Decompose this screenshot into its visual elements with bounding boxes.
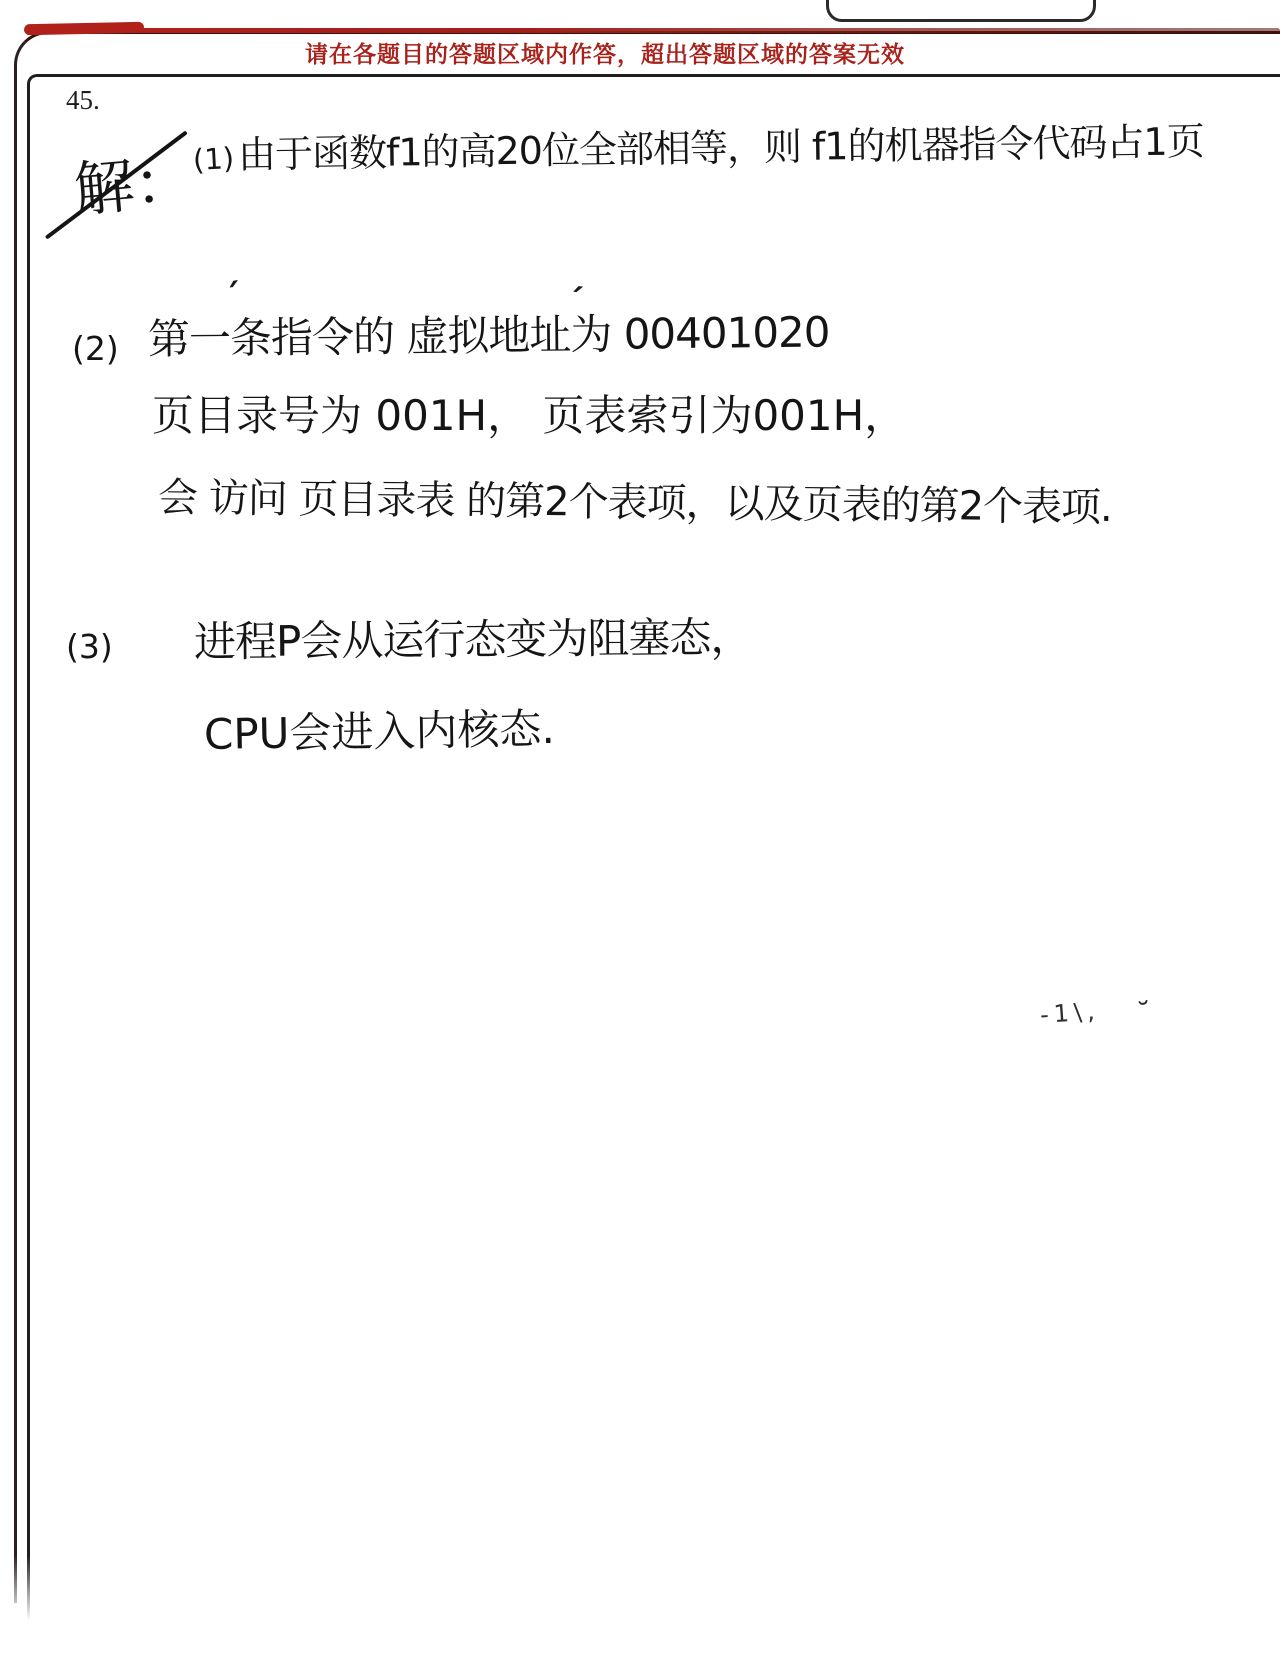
part-3-answer-line-1: 进程P会从运行态变为阻塞态， [194, 614, 752, 667]
red-marker-line [120, 28, 1280, 33]
part-3-answer-line-2: CPU会进入内核态. [204, 705, 556, 759]
stray-pen-mark: -1\, [1039, 998, 1100, 1030]
answer-sheet-page: 请在各题目的答题区域内作答，超出答题区域的答案无效 45. 解： (1) 由于函… [0, 0, 1280, 1675]
part-2-answer-line-2: 页目录号为 001H， 页表索引为001H， [152, 392, 906, 440]
border-fade-out [0, 1555, 70, 1675]
part-3-label: (3) [66, 628, 113, 666]
solution-mark-jie: 解： [71, 147, 197, 226]
part-2-label: (2) [72, 330, 119, 368]
answer-area-notice: 请在各题目的答题区域内作答，超出答题区域的答案无效 [0, 36, 1210, 69]
top-right-cutoff-box [826, 0, 1096, 22]
question-number: 45. [66, 85, 100, 116]
part-2-answer-line-1: 第一条指令的 虚拟地址为 00401020 [148, 308, 830, 363]
part-1-label: (1) [192, 142, 235, 177]
